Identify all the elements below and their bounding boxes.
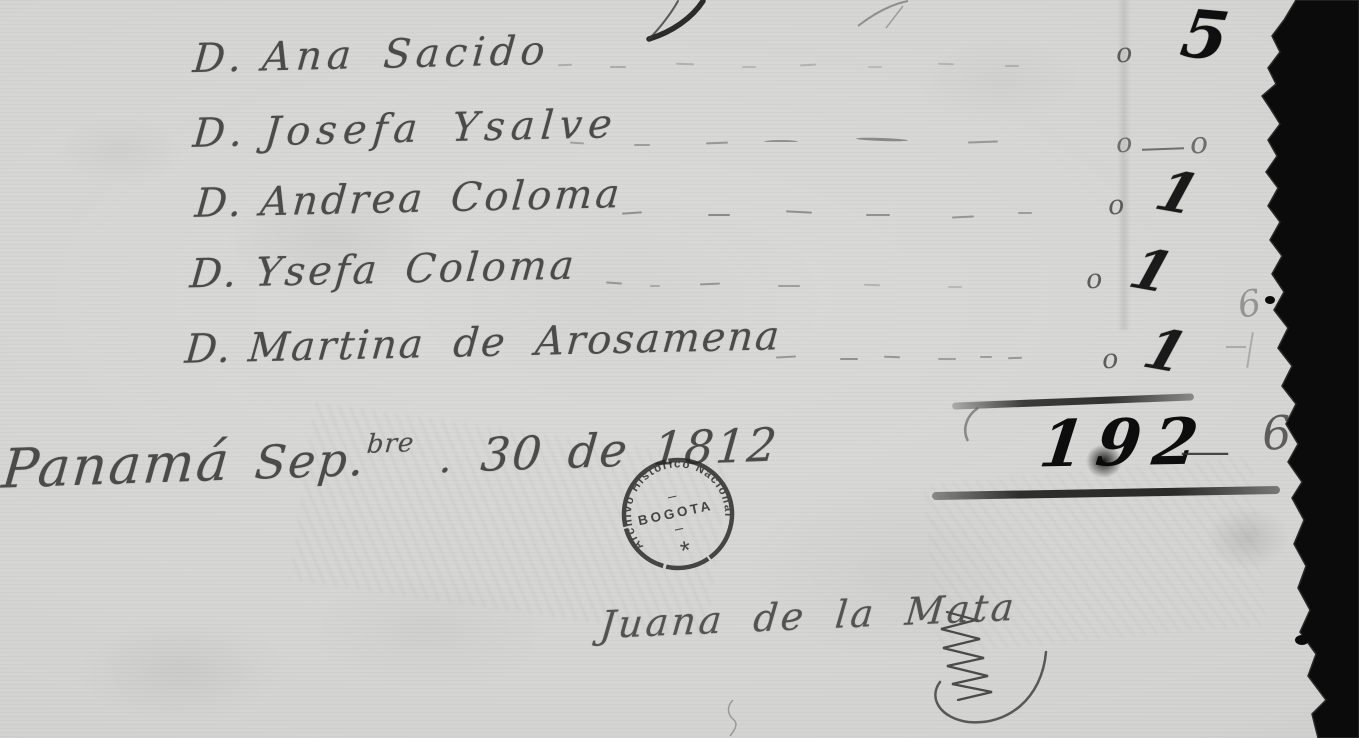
cutoff-flourish-stroke <box>649 1 908 39</box>
archive-stamp: Archivo Histórico Nacional – BOGOTA – * <box>611 448 744 579</box>
manuscript-scan: D.Ana Sacido D.Josefa Ysalve D.Andrea Co… <box>0 0 1359 738</box>
ink-and-stamp-overlay: Archivo Histórico Nacional – BOGOTA – * <box>0 0 1359 738</box>
sum-bracket-stroke <box>965 408 978 441</box>
stray-ink-squiggle <box>728 700 735 736</box>
torn-edge <box>1262 0 1359 738</box>
stamp-dash-top: – <box>666 487 678 505</box>
signature-rubric-flourish <box>935 612 1046 722</box>
stamp-asterisk: * <box>678 534 694 565</box>
